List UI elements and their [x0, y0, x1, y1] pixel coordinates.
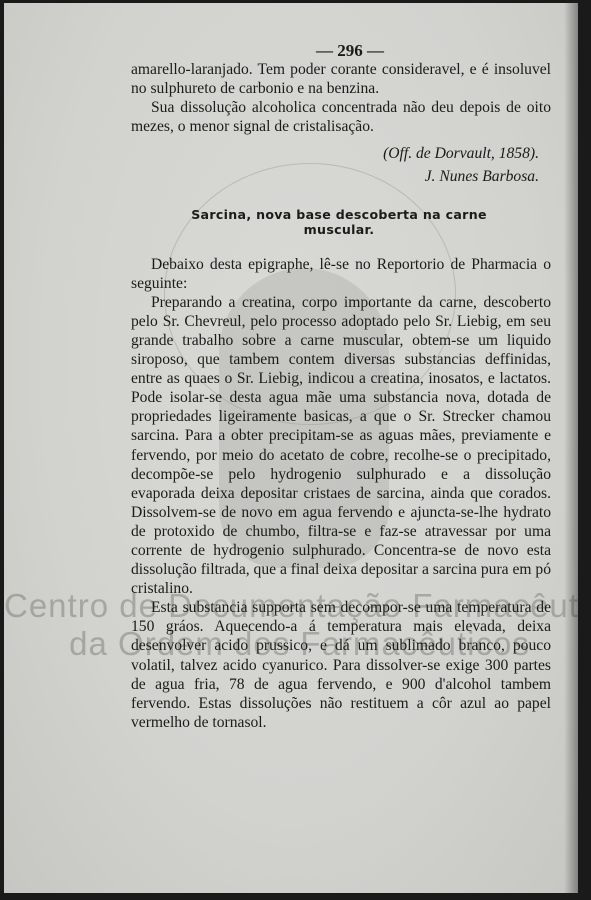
- page-content: — 296 — amarello-laranjado. Tem poder co…: [131, 41, 551, 732]
- citation: (Off. de Dorvault, 1858).: [131, 144, 551, 163]
- scanned-page: Centro de Documentação Farmacêutica da O…: [4, 3, 578, 893]
- author-signature: J. Nunes Barbosa.: [131, 167, 551, 186]
- article-paragraph-preparation: Preparando a creatina, corpo importante …: [131, 293, 551, 599]
- paragraph-continuation: amarello-laranjado. Tem poder corante co…: [131, 60, 551, 98]
- article-title: Sarcina, nova base descoberta na carne m…: [157, 207, 521, 237]
- article-paragraph-properties: Esta substancia supporta sem decompor-se…: [131, 598, 551, 732]
- page-number: — 296 —: [149, 41, 551, 61]
- paragraph-dissolution: Sua dissolução alcoholica concentrada nã…: [131, 98, 551, 136]
- article-paragraph-intro: Debaixo desta epigraphe, lê-se no Report…: [131, 255, 551, 293]
